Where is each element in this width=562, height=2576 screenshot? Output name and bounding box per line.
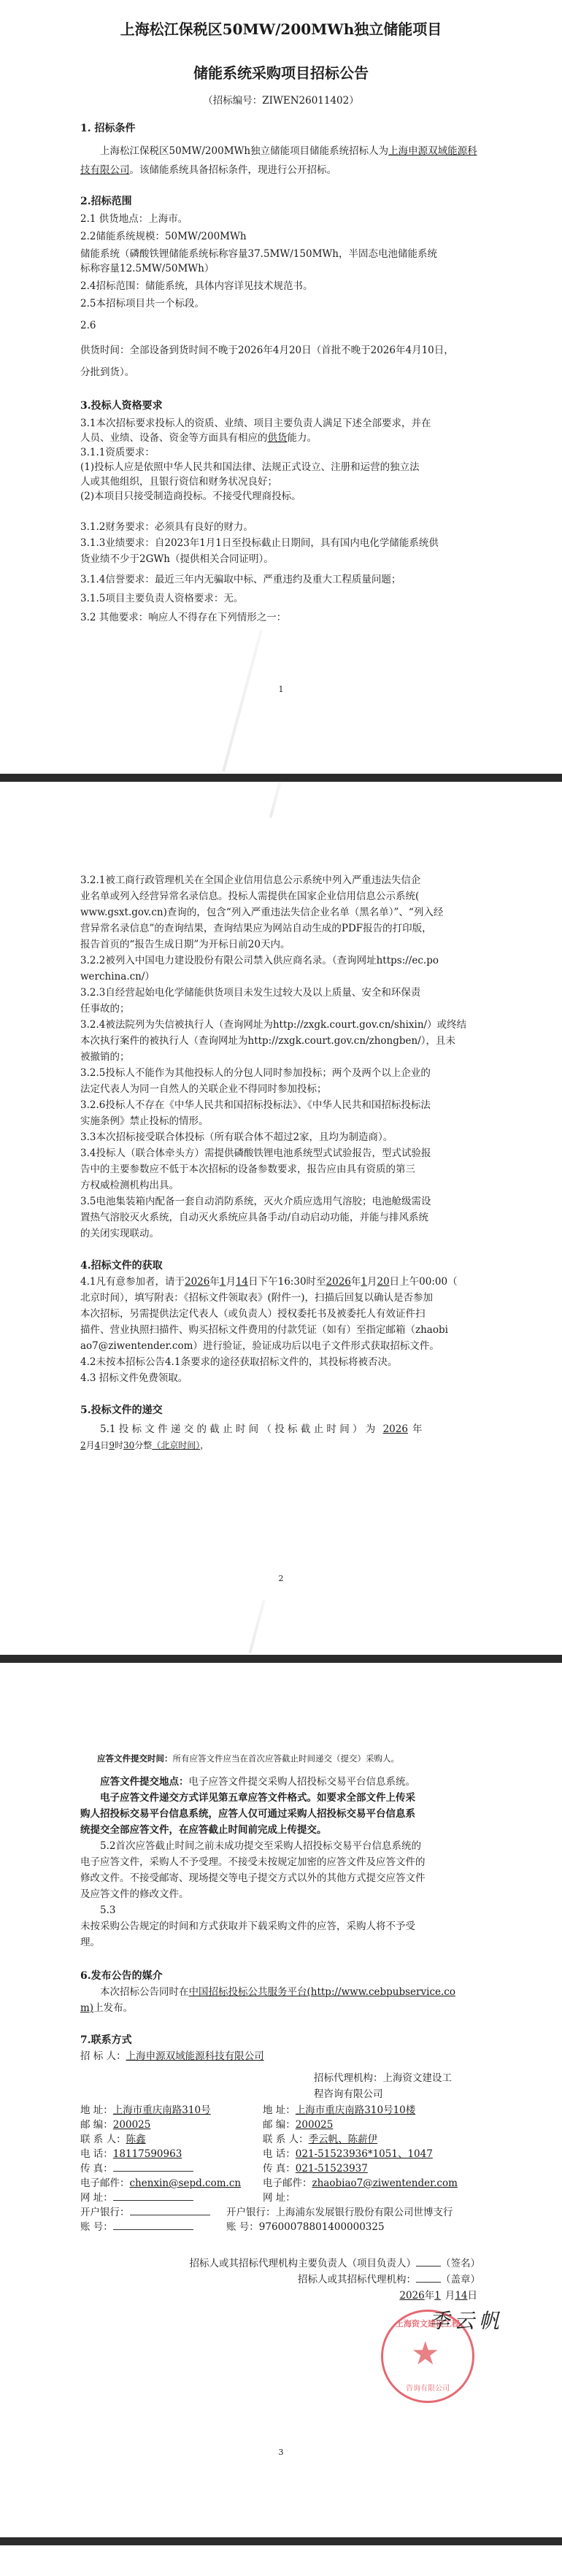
blank-field xyxy=(113,2190,193,2201)
contact-text: 账 号：97600078801400000325 xyxy=(226,2219,385,2234)
performance-requirement: 3.1.3业绩要求：自2023年1月1日至投标截止日期间，具有国内电化学储能系统… xyxy=(80,536,480,550)
contact-text: 电 话： xyxy=(263,2148,296,2160)
agency-email[interactable]: zhaobiao7@ziwentender.com xyxy=(312,2177,458,2189)
contact-text: 97600078801400000325 xyxy=(259,2221,385,2233)
email-text: ao7@ziwentender.com）进行验证，验证成功后以电子文件形式获取招… xyxy=(80,1338,480,1354)
p325: 3.2.5投标人不能作为其他投标人的分包人同时参加投标；两个及两个以上企业的 xyxy=(80,1065,480,1081)
contact-row-person: 联 系 人：陈鑫 联 系 人：季云帆、陈薪伊 xyxy=(80,2131,480,2146)
qualification-line: (1)投标人应是依照中华人民共和国法律、法规正式设立、注册和运营的独立法 xyxy=(80,460,480,474)
contact-text: 联 系 人：季云帆、陈薪伊 xyxy=(263,2131,377,2146)
section2-line: 储能系统（磷酸铁锂储能系统标称容量37.5MW/150MWh，半固态电池储能系统 xyxy=(80,247,480,261)
tenderer-row: 招 标 人：上海申源双域能源科技有限公司 xyxy=(80,2048,480,2064)
contact-row-bank: 开户银行： 开户银行：上海浦东发展银行股份有限公司世博支行 xyxy=(80,2204,480,2219)
contact-text: 账 号： xyxy=(226,2221,259,2233)
contact-text: 200025 xyxy=(113,2119,151,2131)
tenderer-email[interactable]: chenxin@sepd.com.cn xyxy=(130,2177,242,2189)
contact-row-fax: 传 真： 传 真：021-51523937 xyxy=(80,2161,480,2175)
contact-text: 电子邮件： xyxy=(263,2177,312,2189)
submit-place: 应答文件提交地点：电子应答文件提交采购人招投标交易平台信息系统。 xyxy=(80,1774,480,1790)
contact-row-account: 账 号： 账 号：97600078801400000325 xyxy=(80,2219,480,2234)
section7-heading: 7.联系方式 xyxy=(80,2032,480,2048)
contact-text: 021-51523937 xyxy=(296,2163,368,2175)
agency-row: 招标代理机构：上海资文建设工 xyxy=(80,2070,480,2086)
p321: 3.2.1被工商行政管理机关在全国企业信用信息公示系统中列入严重违法失信企 xyxy=(80,872,480,888)
p43: 4.3 招标文件免费领取。 xyxy=(80,1370,480,1386)
contact-text: 开户银行： xyxy=(80,2207,130,2218)
page-2: 3.2.1被工商行政管理机关在全国企业信用信息公示系统中列入严重违法失信企 业名… xyxy=(0,782,562,1655)
section3-heading: 3.投标人资格要求 xyxy=(80,399,480,413)
document-title-line1: 上海松江保税区50MW/200MWh独立储能项目 xyxy=(0,18,562,39)
contact-text: 电 话： xyxy=(80,2148,113,2160)
contact-row-postcode: 邮 编：200025 邮 编：200025 xyxy=(80,2117,480,2131)
section2-line: 标称容量12.5MW/50MWh） xyxy=(80,261,480,276)
tender-code: （招标编号：ZIWEN26011402） xyxy=(0,92,562,107)
contact-row-email: 电子邮件：chenxin@sepd.com.cn 电子邮件：zhaobiao7@… xyxy=(80,2175,480,2190)
contact-row-address: 地 址：上海市重庆南路310号 地 址：上海市重庆南路310号10楼 xyxy=(80,2102,480,2117)
contact-text: 账 号： xyxy=(80,2221,113,2233)
contact-text: 传 真： xyxy=(263,2163,296,2175)
star-icon: ★ xyxy=(411,2338,439,2370)
agency-row-cont: 程咨询有限公司 xyxy=(80,2086,480,2102)
contact-text: 开户银行： xyxy=(226,2207,276,2218)
p42: 4.2未按本招标公告4.1条要求的途径获取招标文件的，其投标将被否决。 xyxy=(80,1354,480,1370)
section6-heading: 6.发布公告的媒介 xyxy=(80,1968,480,1984)
p31-line1: 3.1本次招标要求投标人的资质、业绩、项目主要负责人满足下述全部要求，并在 xyxy=(80,416,480,431)
section6-line1: 本次招标公告同时在中国招标投标公共服务平台(http://www.cebpubs… xyxy=(80,1984,480,2000)
page-number: 3 xyxy=(0,2448,562,2457)
p51-line2: 2月4日9时30分整（北京时间）， xyxy=(80,1437,480,1453)
contact-text: 电子邮件：chenxin@sepd.com.cn xyxy=(80,2175,263,2190)
contact-text: 200025 xyxy=(296,2119,334,2131)
contact-text: 陈鑫 xyxy=(126,2134,146,2145)
page1-body: 1. 招标条件 上海松江保税区50MW/200MWh独立储能项目储能系统招标人为… xyxy=(80,121,480,625)
section2-line: 2.2储能系统规模：50MW/200MWh xyxy=(80,229,480,244)
contact-text: 021-51523936*1051、1047 xyxy=(296,2148,433,2160)
document-title-line2: 储能系统采购项目招标公告 xyxy=(0,61,562,82)
credit-requirement: 3.1.4信誉要求：最近三年内无骗取中标、严重违约及重大工程质量问题； xyxy=(80,572,480,587)
p31-line2: 人员、业绩、设备、资金等方面具有相应的供货能力。 xyxy=(80,431,480,445)
contact-text: 网 址： xyxy=(80,2192,113,2204)
section5-heading: 5.投标文件的递交 xyxy=(80,1402,480,1418)
p323: 3.2.3自经营起始电化学储能供货项目未发生过较大及以上质量、安全和环保责 xyxy=(80,985,480,1001)
section2-heading: 2.招标范围 xyxy=(80,194,480,209)
qualification-heading: 3.1.1资质要求： xyxy=(80,445,480,460)
contact-text: 账 号： xyxy=(80,2219,226,2234)
delivery-time: 供货时间：全部设备到货时间不晚于2026年4月20日（首批不晚于2026年4月1… xyxy=(80,343,480,358)
section2-line: 2.1 供货地点：上海市。 xyxy=(80,212,480,226)
page-separator xyxy=(0,774,562,782)
section6-line2: m)上发布。 xyxy=(80,2000,480,2016)
blank-field xyxy=(113,2161,193,2172)
submit-time: 应答文件提交时间：所有应答文件应当在首次应答截止时间递交（提交）采购人。 xyxy=(80,1750,480,1766)
contact-row-phone: 电 话：18117590963 电 话：021-51523936*1051、10… xyxy=(80,2146,480,2161)
seal-line: 招标人或其招标代理机构：（盖章） xyxy=(80,2272,480,2288)
contact-text: 18117590963 xyxy=(113,2148,182,2160)
page-number: 2 xyxy=(0,1574,562,1583)
performance-requirement-cont: 货业绩不少于2GWh（提供相关合同证明）。 xyxy=(80,552,480,566)
page2-body: 3.2.1被工商行政管理机关在全国企业信用信息公示系统中列入严重违法失信企 业名… xyxy=(80,872,480,1453)
p53: 未按采购公告规定的时间和方式获取并下载采购文件的应答，采购人将不予受 xyxy=(80,1918,480,1934)
stamp-bottom-text: 咨询有限公司 xyxy=(392,2382,463,2393)
page-number: 1 xyxy=(0,685,562,694)
contact-row-website: 网 址： 网 址： xyxy=(80,2190,480,2204)
scan-streak xyxy=(248,1600,265,1653)
contact-text: 开户银行： xyxy=(80,2204,226,2219)
p52: 5.2首次应答截止时间之前未成功提交至采购人招投标交易平台信息系统的 xyxy=(80,1838,480,1854)
contact-text: 联 系 人： xyxy=(263,2134,309,2145)
page-separator xyxy=(0,2537,562,2545)
blank-field xyxy=(113,2219,193,2230)
contact-text: 网 址： xyxy=(263,2190,296,2204)
p35: 3.5电池集装箱内配备一套自动消防系统，灭火介质应选用气溶胶；电池舱级需设 xyxy=(80,1193,480,1210)
section1-paragraph: 上海松江保税区50MW/200MWh独立储能项目储能系统招标人为上海申源双域能源… xyxy=(80,142,480,180)
contact-text: 邮 编：200025 xyxy=(80,2117,263,2131)
other-requirements: 3.2 其他要求：响应人不得存在下列情形之一： xyxy=(80,610,480,625)
contact-text: 联 系 人：陈鑫 xyxy=(80,2131,263,2146)
contact-text: 邮 编：200025 xyxy=(263,2117,333,2131)
handwritten-signature: 季云帆 xyxy=(429,2305,504,2334)
contact-text: 上海市重庆南路310号10楼 xyxy=(296,2104,415,2116)
scan-streak xyxy=(222,630,263,772)
page-separator xyxy=(0,1655,562,1663)
contact-text: 网 址： xyxy=(80,2190,263,2204)
p33: 3.3本次招标接受联合体投标（所有联合体不超过2家，且均为制造商）。 xyxy=(80,1129,480,1145)
contact-text: 地 址：上海市重庆南路310号 xyxy=(80,2102,263,2117)
p322: 3.2.2被列入中国电力建设股份有限公司禁入供应商名录。（查询网址https:/… xyxy=(80,953,480,969)
contact-text: 上海市重庆南路310号 xyxy=(113,2104,211,2116)
blank-field xyxy=(130,2204,210,2215)
contact-text: 地 址：上海市重庆南路310号10楼 xyxy=(263,2102,415,2117)
p53-number: 5.3 xyxy=(80,1902,480,1918)
contact-text: 邮 编： xyxy=(80,2119,113,2131)
contact-text: 电 话：021-51523936*1051、1047 xyxy=(263,2146,433,2161)
contact-text: 地 址： xyxy=(80,2104,113,2116)
section4-heading: 4.招标文件的获取 xyxy=(80,1258,480,1274)
page3-body: 应答文件提交时间：所有应答文件应当在首次应答截止时间递交（提交）采购人。 应答文… xyxy=(80,1750,480,2304)
contact-text: 邮 编： xyxy=(263,2119,296,2131)
page-1: 上海松江保税区50MW/200MWh独立储能项目 储能系统采购项目招标公告 （招… xyxy=(0,0,562,774)
section2-line: 2.4招标范围：储能系统，具体内容详见技术规范书。 xyxy=(80,279,480,293)
contact-text: 电 话：18117590963 xyxy=(80,2146,263,2161)
section2-item-26: 2.6 xyxy=(80,318,480,333)
contact-table: 地 址：上海市重庆南路310号 地 址：上海市重庆南路310号10楼 邮 编：2… xyxy=(80,2102,480,2234)
contact-text: 电子邮件：zhaobiao7@ziwentender.com xyxy=(263,2175,458,2190)
p326: 3.2.6投标人不存在《中华人民共和国招标投标法》、《中华人民共和国招标投标法 xyxy=(80,1097,480,1113)
contact-text: 网 址： xyxy=(263,2192,296,2204)
p51-line1: 5.1 投 标 文 件 递 交 的 截 止 时 间 （ 投 标 截 止 时 间 … xyxy=(80,1421,480,1437)
scan-streak xyxy=(269,782,282,818)
contact-text: 上海浦东发展银行股份有限公司世博支行 xyxy=(276,2207,453,2218)
qualification-line: 人或其他组织，且银行资信和财务状况良好； xyxy=(80,474,480,489)
finance-requirement: 3.1.2财务要求：必须具有良好的财力。 xyxy=(80,520,480,534)
contact-text: 联 系 人： xyxy=(80,2134,126,2145)
contact-text: 季云帆、陈薪伊 xyxy=(309,2134,378,2145)
contact-text: 传 真： xyxy=(80,2161,263,2175)
p324: 3.2.4被法院列为失信被执行人（查询网址为http://zxgk.court.… xyxy=(80,1017,480,1033)
signature-line: 招标人或其招标代理机构主要负责人（项目负责人）（签名） xyxy=(80,2256,480,2272)
qualification-line: (2)本项目只接受制造商投标。不接受代理商投标。 xyxy=(80,489,480,504)
contact-text: 传 真：021-51523937 xyxy=(263,2161,368,2175)
page-3: 应答文件提交时间：所有应答文件应当在首次应答截止时间递交（提交）采购人。 应答文… xyxy=(0,1663,562,2537)
contact-text: 开户银行：上海浦东发展银行股份有限公司世博支行 xyxy=(226,2204,453,2219)
leader-requirement: 3.1.5项目主要负责人资格要求：无。 xyxy=(80,591,480,606)
p34: 3.4投标人（联合体牵头方）需提供磷酸铁锂电池系统型式试验报告，型式试验报 xyxy=(80,1145,480,1161)
cebpubservice-link[interactable]: 中国招标投标公共服务平台(http://www.cebpubservice.co xyxy=(189,1986,455,1998)
contact-text: 地 址： xyxy=(263,2104,296,2116)
notice-date: 2026年1月14日 xyxy=(80,2288,480,2304)
section2-line: 2.5本招标项目共一个标段。 xyxy=(80,296,480,311)
contact-text: 电子邮件： xyxy=(80,2177,130,2189)
section1-heading: 1. 招标条件 xyxy=(80,121,480,142)
contact-text: 传 真： xyxy=(80,2163,113,2175)
delivery-time-cont: 分批到货）。 xyxy=(80,365,480,380)
electronic-submission: 电子应答文件递交方式详见第五章应答文件格式。如要求全部文件上传采 xyxy=(80,1790,480,1806)
p41-line1: 4.1凡有意参加者，请于2026年1月14日下午16:30时至2026年1月20… xyxy=(80,1274,480,1290)
